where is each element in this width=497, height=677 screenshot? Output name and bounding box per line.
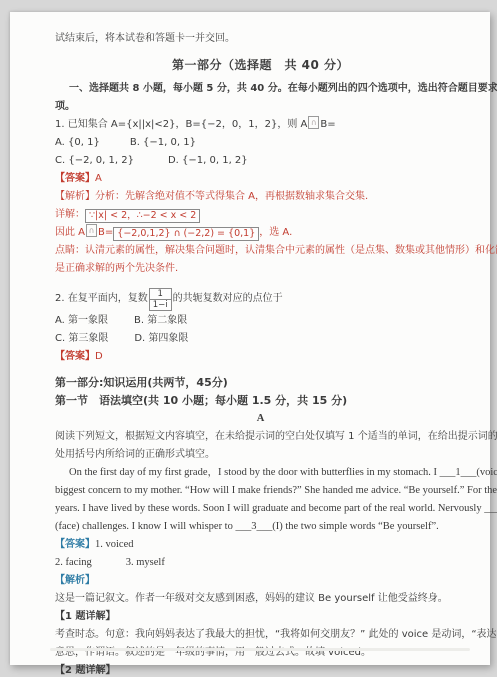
- passage-line1: On the first day of my first grade，I sto…: [55, 464, 466, 482]
- english-answer-2: 2. facing: [55, 554, 92, 572]
- q2-stem-suffix: 的共轭复数对应的点位于: [173, 293, 283, 304]
- english-answer-1: 1. voiced: [95, 539, 134, 550]
- q1-options-row1: A. {0, 1}B. {−1, 0, 1}: [55, 134, 466, 152]
- exam-paper-page: 试结束后，将本试卷和答题卡一并交回。 第一部分（选择题 共 40 分） 一、选择…: [10, 12, 490, 665]
- passage-line2: biggest concern to my mother. “How will …: [55, 482, 466, 500]
- q2-option-b: B. 第二象限: [134, 312, 187, 330]
- part1-heading: 第一部分（选择题 共 40 分）: [55, 56, 466, 74]
- passage-line3: years. I have lived by these words. Soon…: [55, 500, 466, 518]
- q1-stem-prefix: 1. 已知集合 A={x||x|<2}，B={−2，0，1，2}，则 A: [55, 119, 307, 130]
- q2-fraction: 11−i: [149, 288, 172, 311]
- scan-artifact: [50, 648, 470, 651]
- q2-fraction-numerator: 1: [149, 288, 172, 300]
- detail1-label: 【1 题详解】: [55, 608, 466, 626]
- english-section-heading: 第一节 语法填空(共 10 小题；每小题 1.5 分，共 15 分): [55, 392, 466, 410]
- q2-answer-line: 【答案】D: [55, 348, 466, 366]
- q2-stem: 2. 在复平面内，复数11−i的共轭复数对应的点位于: [55, 286, 466, 312]
- q1-conclusion-mid: B=: [98, 227, 113, 238]
- q2-option-c: C. 第三象限: [55, 330, 108, 348]
- q1-detail-line: 详解：∵|x| < 2，∴−2 < x < 2: [55, 206, 466, 224]
- missing-glyph-box: ∩: [86, 224, 97, 237]
- q1-option-a: A. {0, 1}: [55, 134, 100, 152]
- q1-stem-suffix: B=: [320, 119, 335, 130]
- screenshot-root: { "colors": { "backdrop": "#d7d7d7", "pa…: [0, 0, 497, 677]
- q1-conclusion-prefix: 因此 A: [55, 227, 85, 238]
- q1-answer-line: 【答案】A: [55, 170, 466, 188]
- missing-glyph-box: ∩: [308, 116, 319, 129]
- english-answer-3: 3. myself: [126, 554, 165, 572]
- english-answer-label: 【答案】: [55, 539, 95, 550]
- q1-conclusion-suffix: ，选 A.: [259, 227, 292, 238]
- passage-line4: (face) challenges. I know I will whisper…: [55, 518, 466, 536]
- q1-analysis-line: 【解析】分析：先解含绝对值不等式得集合 A，再根据数轴求集合交集.: [55, 188, 466, 206]
- detail1-line1: 考查时态。句意：我向妈妈表达了我最大的担忧，“我将如何交朋友？” 此处的 voi…: [55, 626, 466, 644]
- detail1-line2: 意思，作谓语。叙述的是一年级的事情，用一般过去式。故填 voiced。: [55, 644, 466, 662]
- directions-line2: 处用括号内所给词的正确形式填空。: [55, 446, 466, 464]
- q1-option-c: C. {−2, 0, 1, 2}: [55, 152, 134, 170]
- q1-option-d: D. {−1, 0, 1, 2}: [168, 152, 248, 170]
- q1-detail-formula-box: ∵|x| < 2，∴−2 < x < 2: [85, 209, 200, 223]
- q1-conclusion-line: 因此 A∩B={−2,0,1,2} ∩ (−2,2) = {0,1}，选 A.: [55, 224, 466, 242]
- top-note: 试结束后，将本试卷和答题卡一并交回。: [55, 30, 466, 48]
- instructions-line1: 一、选择题共 8 小题，每小题 5 分，共 40 分。在每小题列出的四个选项中，…: [55, 80, 466, 98]
- q1-options-row2: C. {−2, 0, 1, 2}D. {−1, 0, 1, 2}: [55, 152, 466, 170]
- q2-answer-label: 【答案】: [55, 351, 95, 362]
- q2-stem-prefix: 2. 在复平面内，复数: [55, 293, 148, 304]
- q2-answer-value: D: [95, 351, 103, 362]
- english-analysis-text: 这是一篇记叙文。作者一年级对交友感到困惑，妈妈的建议 Be yourself 让…: [55, 590, 466, 608]
- q2-options-row2: C. 第三象限D. 第四象限: [55, 330, 466, 348]
- q1-answer-label: 【答案】: [55, 173, 95, 184]
- english-analysis-label: 【解析】: [55, 572, 466, 590]
- detail2-label: 【2 题详解】: [55, 662, 466, 677]
- english-answer-line: 【答案】1. voiced: [55, 536, 466, 554]
- instructions-line2: 项。: [55, 98, 466, 116]
- passage-label: A: [55, 410, 466, 428]
- q2-option-a: A. 第一象限: [55, 312, 108, 330]
- directions-line1: 阅读下列短文，根据短文内容填空，在未给提示词的空白处仅填写 1 个适当的单词，在…: [55, 428, 466, 446]
- q1-stem: 1. 已知集合 A={x||x|<2}，B={−2，0，1，2}，则 A∩B=: [55, 116, 466, 134]
- q2-option-d: D. 第四象限: [134, 330, 188, 348]
- q2-fraction-denominator: 1−i: [149, 300, 172, 311]
- english-answer-row2: 2. facing3. myself: [55, 554, 466, 572]
- q1-tip-line2: 是正确求解的两个先决条件.: [55, 260, 466, 278]
- q1-detail-label: 详解：: [55, 209, 85, 220]
- q1-answer-value: A: [95, 173, 102, 184]
- english-part-heading: 第一部分:知识运用(共两节，45分): [55, 374, 466, 392]
- q1-conclusion-formula-box: {−2,0,1,2} ∩ (−2,2) = {0,1}: [113, 227, 259, 241]
- q1-option-b: B. {−1, 0, 1}: [130, 134, 196, 152]
- q2-options-row1: A. 第一象限B. 第二象限: [55, 312, 466, 330]
- q1-tip-line1: 点睛：认清元素的属性，解决集合问题时，认清集合中元素的属性（是点集、数集或其他情…: [55, 242, 466, 260]
